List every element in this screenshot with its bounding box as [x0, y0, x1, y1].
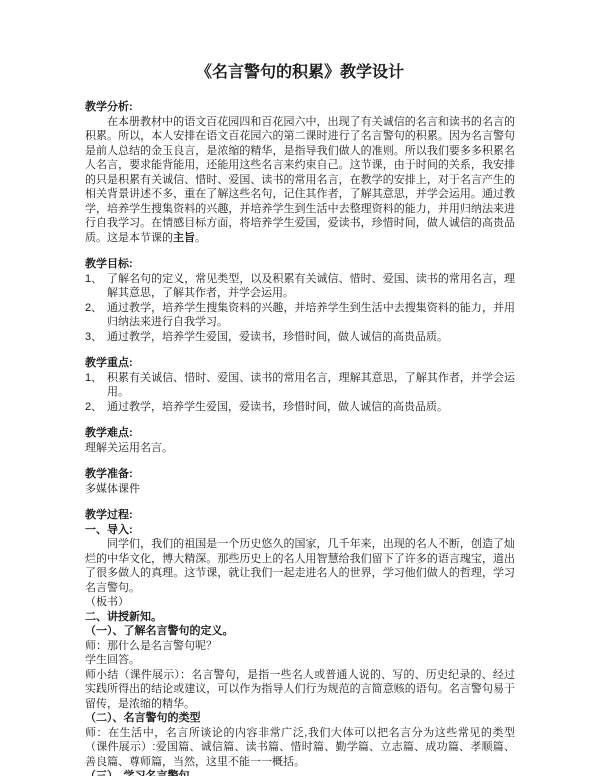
- analysis-tail: 。: [195, 232, 206, 244]
- section-analysis: 教学分析: 在本册教材中的语文百花园四和百花园六中，出现了有关诚信的名言和读书的…: [85, 100, 515, 245]
- process-part2-heading: 二、讲授新知。: [85, 610, 515, 625]
- key-point-text: 通过教学，培养学生爱国，爱读书，珍惜时间，做人诚信的高贵品质。: [107, 400, 515, 415]
- process-part1-heading: 一、导入:: [85, 523, 515, 538]
- objective-marker: 2、: [85, 301, 107, 330]
- preparation-heading: 教学准备:: [85, 467, 515, 482]
- process-board-note: （板书）: [85, 595, 515, 610]
- process-heading: 教学过程:: [85, 508, 515, 523]
- analysis-body: 在本册教材中的语文百花园四和百花园六中，出现了有关诚信的名言和读书的名言的积累。…: [85, 116, 515, 244]
- document-page: 《名言警句的积累》教学设计 教学分析: 在本册教材中的语文百花园四和百花园六中，…: [0, 0, 600, 776]
- objective-marker: 3、: [85, 330, 107, 345]
- process-sub2-heading: （二）、名言警句的类型: [85, 711, 515, 726]
- difficulties-heading: 教学难点:: [85, 426, 515, 441]
- analysis-emphasis: 主旨: [173, 232, 195, 244]
- difficulties-body: 理解关运用名言。: [85, 441, 515, 456]
- process-student-answer: 学生回答。: [85, 653, 515, 668]
- key-points-heading: 教学重点:: [85, 356, 515, 371]
- key-point-marker: 2、: [85, 400, 107, 415]
- section-objectives: 教学目标: 1、 了解名句的定义，常见类型，以及积累有关诚信、惜时、爱国、读书的…: [85, 257, 515, 344]
- objective-item: 2、 通过教学，培养学生搜集资料的兴趣，并培养学生到生活中去搜集资料的能力，并用…: [85, 301, 515, 330]
- objectives-heading: 教学目标:: [85, 257, 515, 272]
- key-point-marker: 1、: [85, 371, 107, 400]
- section-key-points: 教学重点: 1、 积累有关诚信、惜时、爱国、读书的常用名言，理解其意思，了解其作…: [85, 356, 515, 414]
- process-teacher-question: 师：那什么是名言警句呢？: [85, 639, 515, 654]
- objective-item: 1、 了解名句的定义，常见类型，以及积累有关诚信、惜时、爱国、读书的常用名言，理…: [85, 272, 515, 301]
- key-point-item: 2、 通过教学，培养学生爱国，爱读书，珍惜时间，做人诚信的高贵品质。: [85, 400, 515, 415]
- key-point-text: 积累有关诚信、惜时、爱国、读书的常用名言，理解其意思，了解其作者，并学会运用。: [107, 371, 515, 400]
- key-point-item: 1、 积累有关诚信、惜时、爱国、读书的常用名言，理解其意思，了解其作者，并学会运…: [85, 371, 515, 400]
- section-process: 教学过程: 一、导入: 同学们，我们的祖国是一个历史悠久的国家，几千年来，出现的…: [85, 508, 515, 776]
- process-teacher-summary: 师小结（课件展示）：名言警句，是指一些名人或普通人说的、写的、历史纪录的、经过实…: [85, 668, 515, 712]
- section-preparation: 教学准备: 多媒体课件: [85, 467, 515, 496]
- objective-text: 通过教学，培养学生爱国，爱读书，珍惜时间，做人诚信的高贵品质。: [107, 330, 515, 345]
- process-sub1-heading: （一）、了解名言警句的定义。: [85, 624, 515, 639]
- analysis-heading: 教学分析:: [85, 100, 515, 115]
- objective-marker: 1、: [85, 272, 107, 301]
- process-types-text: 师：在生活中，名言所谈论的内容非常广泛,我们大体可以把名言分为这些常见的类型（课…: [85, 726, 515, 770]
- objective-text: 通过教学，培养学生搜集资料的兴趣，并培养学生到生活中去搜集资料的能力，并用归纳法…: [107, 301, 515, 330]
- analysis-paragraph: 在本册教材中的语文百花园四和百花园六中，出现了有关诚信的名言和读书的名言的积累。…: [85, 115, 515, 246]
- process-intro-paragraph: 同学们，我们的祖国是一个历史悠久的国家，几千年来，出现的名人不断，创造了灿烂的中…: [85, 537, 515, 595]
- preparation-body: 多媒体课件: [85, 482, 515, 497]
- document-title: 《名言警句的积累》教学设计: [85, 62, 515, 84]
- objective-item: 3、 通过教学，培养学生爱国，爱读书，珍惜时间，做人诚信的高贵品质。: [85, 330, 515, 345]
- process-sub3-heading: （三）、学习名言警句。: [85, 769, 515, 776]
- objective-text: 了解名句的定义，常见类型，以及积累有关诚信、惜时、爱国、读书的常用名言，理解其意…: [107, 272, 515, 301]
- section-difficulties: 教学难点: 理解关运用名言。: [85, 426, 515, 455]
